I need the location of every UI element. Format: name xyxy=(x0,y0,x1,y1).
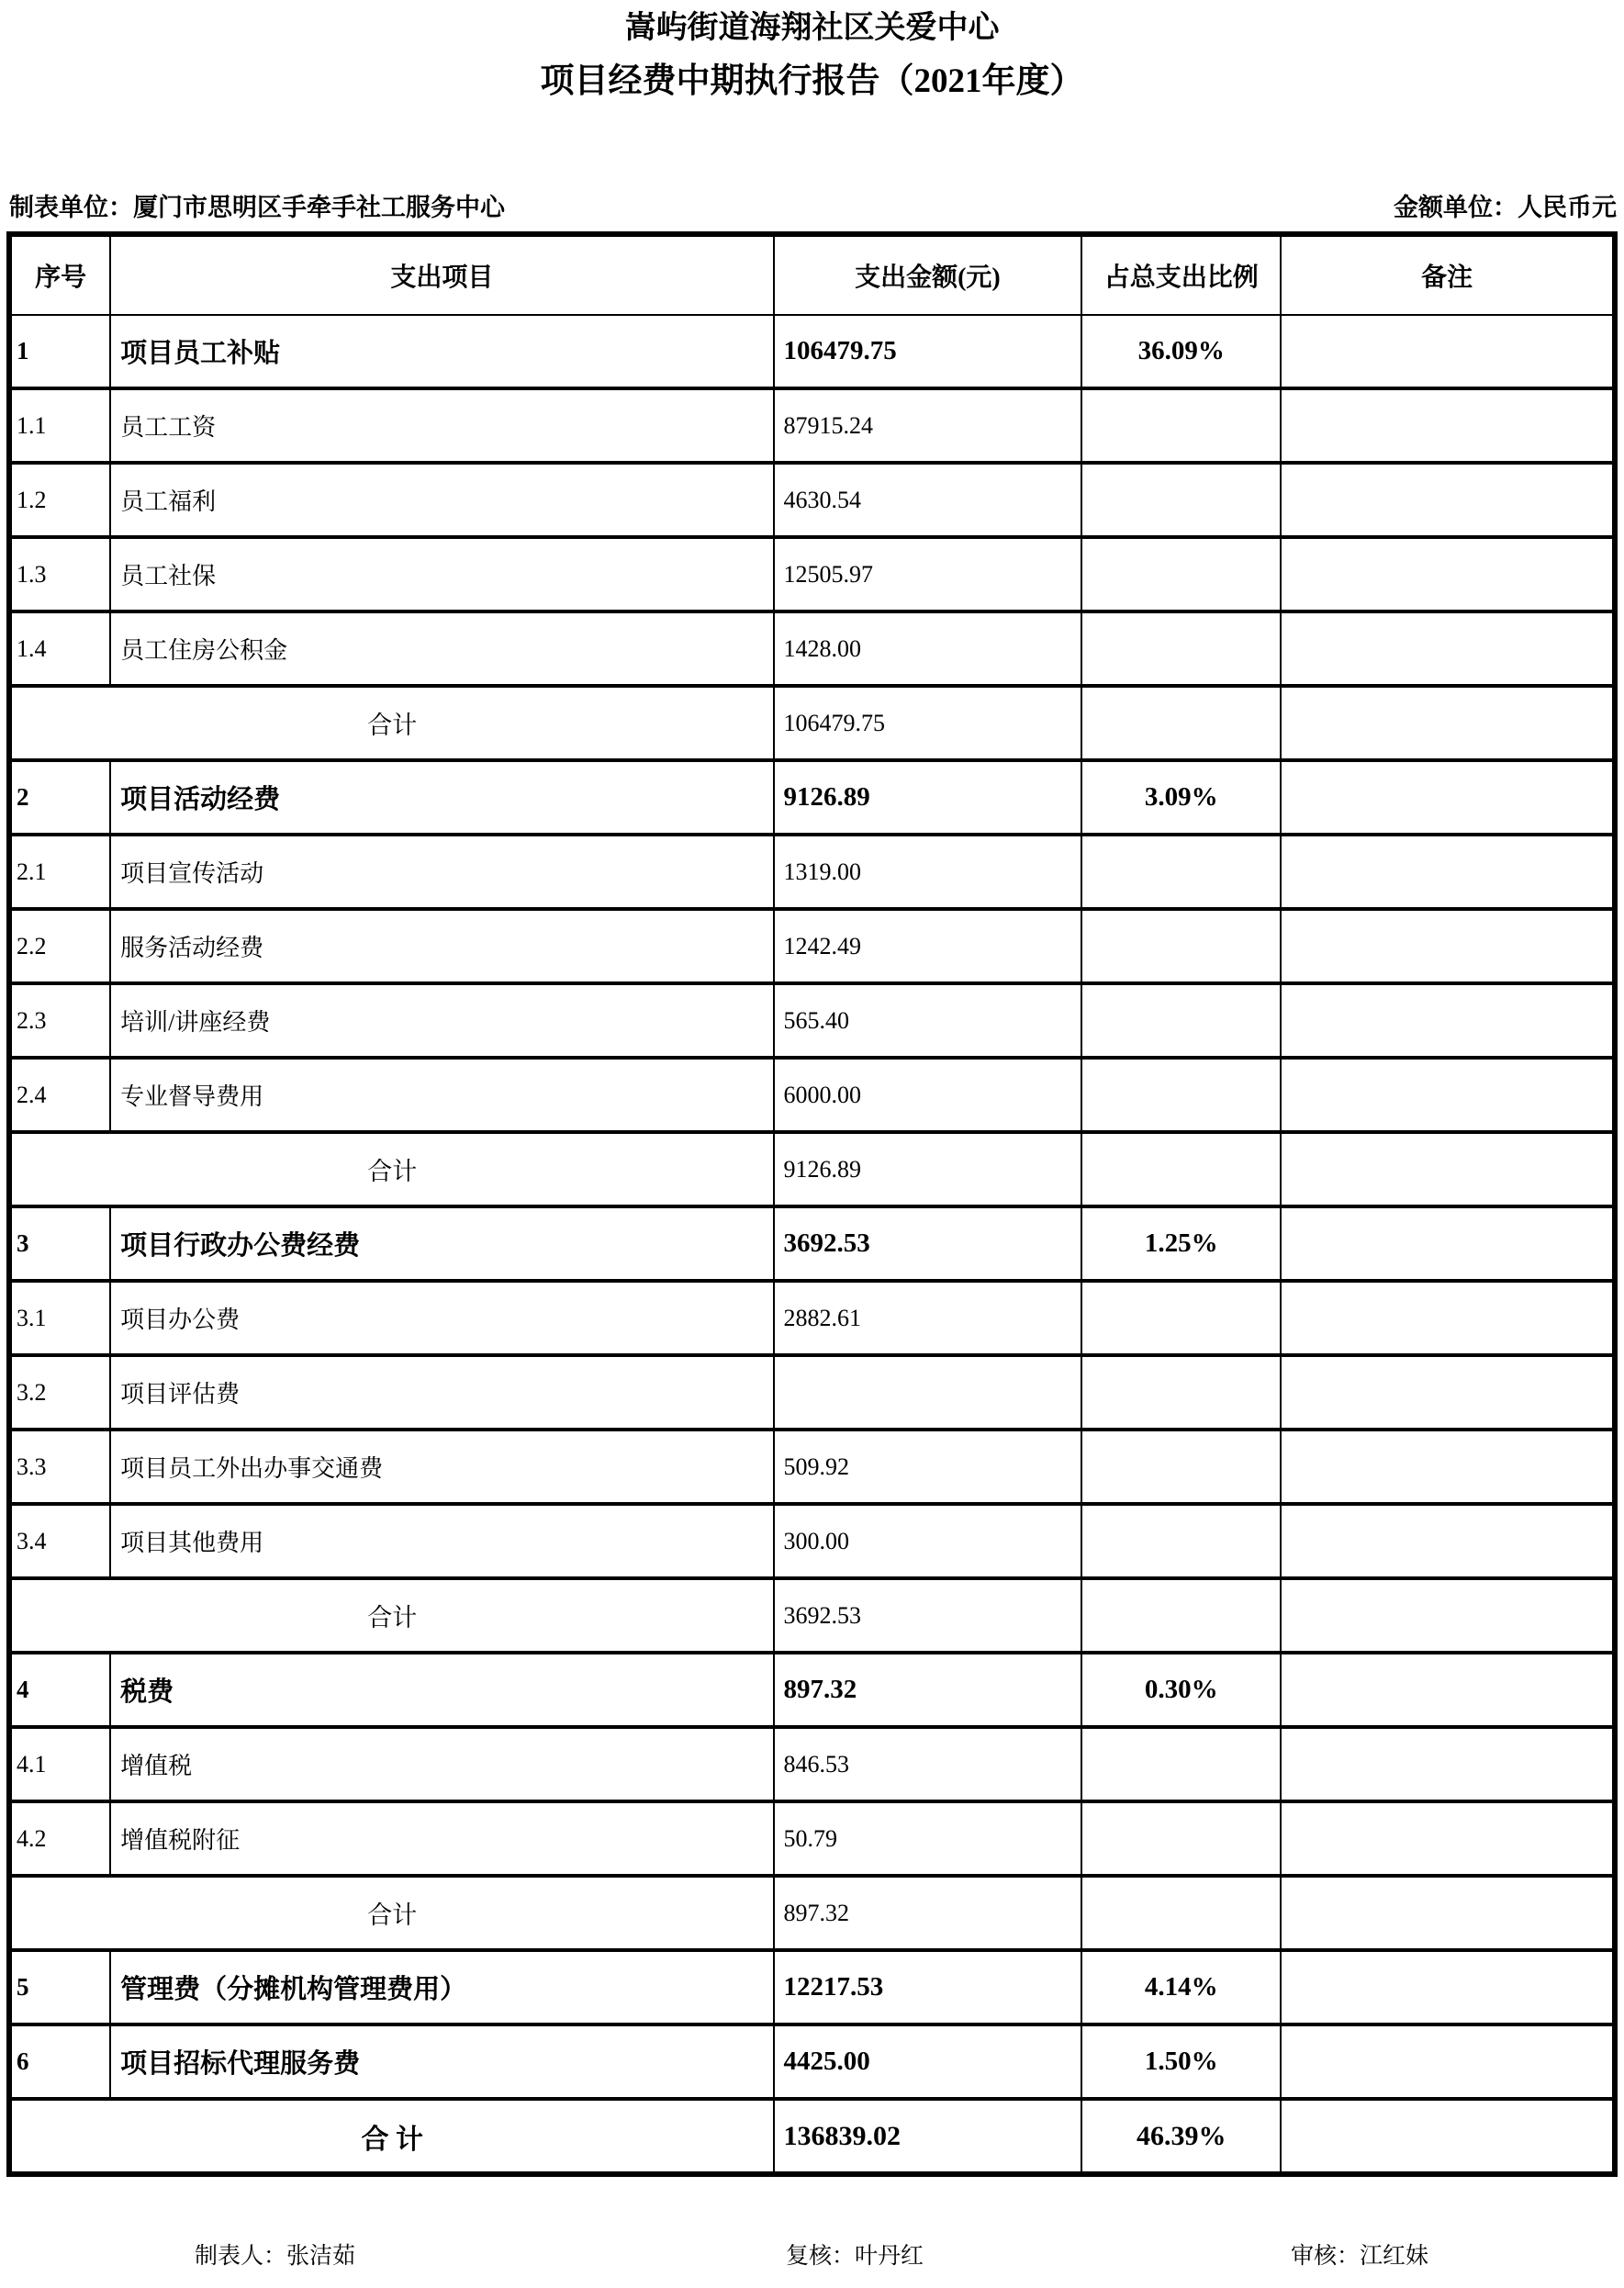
item-cell: 专业督导费用 xyxy=(110,1058,773,1132)
note-cell xyxy=(1281,1058,1615,1132)
item-cell: 员工住房公积金 xyxy=(110,611,773,686)
percent-cell: 1.50% xyxy=(1081,2024,1281,2099)
currency-unit: 金额单位：人民币元 xyxy=(1394,191,1617,224)
note-cell xyxy=(1281,1206,1615,1281)
page-subtitle: 项目经费中期执行报告（2021年度） xyxy=(0,61,1624,103)
amount-cell: 897.32 xyxy=(774,1653,1082,1727)
amount-cell: 136839.02 xyxy=(774,2099,1082,2174)
amount-cell: 106479.75 xyxy=(774,315,1082,388)
percent-cell xyxy=(1081,1132,1281,1206)
seq-cell: 1.3 xyxy=(9,537,110,611)
note-cell xyxy=(1281,1578,1615,1653)
col-header-pct: 占总支出比例 xyxy=(1081,234,1281,315)
percent-cell: 46.39% xyxy=(1081,2099,1281,2174)
table-row: 合计106479.75 xyxy=(9,686,1615,760)
percent-cell xyxy=(1081,611,1281,686)
note-cell xyxy=(1281,1430,1615,1504)
seq-cell: 3.3 xyxy=(9,1430,110,1504)
expense-table: 序号 支出项目 支出金额(元) 占总支出比例 备注 1项目员工补贴106479.… xyxy=(6,231,1618,2177)
percent-cell xyxy=(1081,835,1281,909)
note-cell xyxy=(1281,1801,1615,1876)
seq-cell: 1.1 xyxy=(9,388,110,463)
seq-cell: 2.4 xyxy=(9,1058,110,1132)
table-row: 合计9126.89 xyxy=(9,1132,1615,1206)
row-label-cell: 合计 xyxy=(9,1132,774,1206)
meta-row: 制表单位：厦门市思明区手牵手社工服务中心 金额单位：人民币元 xyxy=(9,191,1617,224)
percent-cell xyxy=(1081,1727,1281,1801)
row-label-cell: 合 计 xyxy=(9,2099,774,2174)
note-cell xyxy=(1281,909,1615,983)
amount-cell xyxy=(774,1355,1082,1430)
item-cell: 增值税附征 xyxy=(110,1801,773,1876)
seq-cell: 2 xyxy=(9,760,110,835)
amount-cell: 106479.75 xyxy=(774,686,1082,760)
amount-cell: 12505.97 xyxy=(774,537,1082,611)
amount-cell: 565.40 xyxy=(774,983,1082,1058)
item-cell: 管理费（分摊机构管理费用） xyxy=(110,1950,773,2024)
item-cell: 项目招标代理服务费 xyxy=(110,2024,773,2099)
col-header-amount: 支出金额(元) xyxy=(774,234,1082,315)
table-row: 3.2项目评估费 xyxy=(9,1355,1615,1430)
amount-cell: 9126.89 xyxy=(774,760,1082,835)
note-cell xyxy=(1281,388,1615,463)
amount-cell: 2882.61 xyxy=(774,1281,1082,1355)
seq-cell: 3.1 xyxy=(9,1281,110,1355)
seq-cell: 2.2 xyxy=(9,909,110,983)
row-label-cell: 合计 xyxy=(9,1578,774,1653)
amount-cell: 1319.00 xyxy=(774,835,1082,909)
note-cell xyxy=(1281,1727,1615,1801)
item-cell: 员工福利 xyxy=(110,463,773,537)
item-cell: 员工社保 xyxy=(110,537,773,611)
amount-cell: 6000.00 xyxy=(774,1058,1082,1132)
seq-cell: 4 xyxy=(9,1653,110,1727)
note-cell xyxy=(1281,1653,1615,1727)
table-row: 2项目活动经费9126.893.09% xyxy=(9,760,1615,835)
table-row: 4.2增值税附征50.79 xyxy=(9,1801,1615,1876)
col-header-seq: 序号 xyxy=(9,234,110,315)
item-cell: 税费 xyxy=(110,1653,773,1727)
table-row: 3项目行政办公费经费3692.531.25% xyxy=(9,1206,1615,1281)
seq-cell: 4.2 xyxy=(9,1801,110,1876)
amount-cell: 4425.00 xyxy=(774,2024,1082,2099)
seq-cell: 2.3 xyxy=(9,983,110,1058)
percent-cell xyxy=(1081,463,1281,537)
preparer-label: 制表人：张洁茹 xyxy=(195,2238,355,2271)
col-header-item: 支出项目 xyxy=(110,234,773,315)
table-row: 4税费897.320.30% xyxy=(9,1653,1615,1727)
item-cell: 员工工资 xyxy=(110,388,773,463)
percent-cell xyxy=(1081,1355,1281,1430)
item-cell: 项目员工补贴 xyxy=(110,315,773,388)
report-page: 嵩屿街道海翔社区关爱中心 项目经费中期执行报告（2021年度） 制表单位：厦门市… xyxy=(0,0,1624,2288)
prepared-by-unit: 制表单位：厦门市思明区手牵手社工服务中心 xyxy=(9,191,505,224)
percent-cell xyxy=(1081,1058,1281,1132)
col-header-note: 备注 xyxy=(1281,234,1615,315)
item-cell: 项目其他费用 xyxy=(110,1504,773,1578)
table-row: 2.3培训/讲座经费565.40 xyxy=(9,983,1615,1058)
note-cell xyxy=(1281,983,1615,1058)
percent-cell xyxy=(1081,1578,1281,1653)
item-cell: 项目宣传活动 xyxy=(110,835,773,909)
seq-cell: 1.4 xyxy=(9,611,110,686)
percent-cell: 1.25% xyxy=(1081,1206,1281,1281)
amount-cell: 1242.49 xyxy=(774,909,1082,983)
note-cell xyxy=(1281,315,1615,388)
amount-cell: 50.79 xyxy=(774,1801,1082,1876)
amount-cell: 3692.53 xyxy=(774,1578,1082,1653)
percent-cell: 0.30% xyxy=(1081,1653,1281,1727)
note-cell xyxy=(1281,2024,1615,2099)
item-cell: 项目评估费 xyxy=(110,1355,773,1430)
table-row: 2.2服务活动经费1242.49 xyxy=(9,909,1615,983)
percent-cell xyxy=(1081,537,1281,611)
percent-cell xyxy=(1081,1876,1281,1950)
seq-cell: 6 xyxy=(9,2024,110,2099)
percent-cell xyxy=(1081,983,1281,1058)
note-cell xyxy=(1281,760,1615,835)
note-cell xyxy=(1281,2099,1615,2174)
seq-cell: 5 xyxy=(9,1950,110,2024)
header-row: 序号 支出项目 支出金额(元) 占总支出比例 备注 xyxy=(9,234,1615,315)
note-cell xyxy=(1281,1504,1615,1578)
auditor-label: 审核：江红妹 xyxy=(1291,2238,1428,2271)
percent-cell xyxy=(1081,388,1281,463)
amount-cell: 300.00 xyxy=(774,1504,1082,1578)
seq-cell: 2.1 xyxy=(9,835,110,909)
amount-cell: 87915.24 xyxy=(774,388,1082,463)
signature-row: 制表人：张洁茹 复核：叶丹红 审核：江红妹 xyxy=(0,2238,1624,2274)
amount-cell: 897.32 xyxy=(774,1876,1082,1950)
row-label-cell: 合计 xyxy=(9,1876,774,1950)
table-row: 合 计136839.0246.39% xyxy=(9,2099,1615,2174)
note-cell xyxy=(1281,686,1615,760)
table-row: 5管理费（分摊机构管理费用）12217.534.14% xyxy=(9,1950,1615,2024)
note-cell xyxy=(1281,463,1615,537)
amount-cell: 846.53 xyxy=(774,1727,1082,1801)
percent-cell: 4.14% xyxy=(1081,1950,1281,2024)
percent-cell xyxy=(1081,686,1281,760)
note-cell xyxy=(1281,1355,1615,1430)
seq-cell: 3.4 xyxy=(9,1504,110,1578)
percent-cell xyxy=(1081,1430,1281,1504)
amount-cell: 4630.54 xyxy=(774,463,1082,537)
table-row: 4.1增值税846.53 xyxy=(9,1727,1615,1801)
item-cell: 培训/讲座经费 xyxy=(110,983,773,1058)
note-cell xyxy=(1281,1950,1615,2024)
percent-cell xyxy=(1081,1801,1281,1876)
percent-cell xyxy=(1081,909,1281,983)
item-cell: 服务活动经费 xyxy=(110,909,773,983)
percent-cell: 3.09% xyxy=(1081,760,1281,835)
item-cell: 项目行政办公费经费 xyxy=(110,1206,773,1281)
seq-cell: 4.1 xyxy=(9,1727,110,1801)
note-cell xyxy=(1281,1132,1615,1206)
note-cell xyxy=(1281,835,1615,909)
table-row: 3.1项目办公费2882.61 xyxy=(9,1281,1615,1355)
item-cell: 增值税 xyxy=(110,1727,773,1801)
note-cell xyxy=(1281,611,1615,686)
note-cell xyxy=(1281,537,1615,611)
amount-cell: 509.92 xyxy=(774,1430,1082,1504)
table-row: 2.1项目宣传活动1319.00 xyxy=(9,835,1615,909)
seq-cell: 1 xyxy=(9,315,110,388)
row-label-cell: 合计 xyxy=(9,686,774,760)
table-row: 6项目招标代理服务费4425.001.50% xyxy=(9,2024,1615,2099)
page-title: 嵩屿街道海翔社区关爱中心 xyxy=(0,9,1624,48)
table-row: 3.3项目员工外出办事交通费509.92 xyxy=(9,1430,1615,1504)
seq-cell: 3.2 xyxy=(9,1355,110,1430)
amount-cell: 1428.00 xyxy=(774,611,1082,686)
amount-cell: 9126.89 xyxy=(774,1132,1082,1206)
note-cell xyxy=(1281,1281,1615,1355)
seq-cell: 3 xyxy=(9,1206,110,1281)
amount-cell: 12217.53 xyxy=(774,1950,1082,2024)
table-row: 1.1员工工资87915.24 xyxy=(9,388,1615,463)
item-cell: 项目员工外出办事交通费 xyxy=(110,1430,773,1504)
item-cell: 项目办公费 xyxy=(110,1281,773,1355)
table-row: 合计3692.53 xyxy=(9,1578,1615,1653)
item-cell: 项目活动经费 xyxy=(110,760,773,835)
table-row: 合计897.32 xyxy=(9,1876,1615,1950)
seq-cell: 1.2 xyxy=(9,463,110,537)
table-row: 1.2员工福利4630.54 xyxy=(9,463,1615,537)
table-row: 3.4项目其他费用300.00 xyxy=(9,1504,1615,1578)
note-cell xyxy=(1281,1876,1615,1950)
table-row: 2.4专业督导费用6000.00 xyxy=(9,1058,1615,1132)
table-row: 1.3员工社保12505.97 xyxy=(9,537,1615,611)
percent-cell xyxy=(1081,1281,1281,1355)
amount-cell: 3692.53 xyxy=(774,1206,1082,1281)
reviewer-label: 复核：叶丹红 xyxy=(786,2238,924,2271)
table-body: 1项目员工补贴106479.7536.09%1.1员工工资87915.241.2… xyxy=(9,315,1615,2174)
percent-cell: 36.09% xyxy=(1081,315,1281,388)
table-row: 1.4员工住房公积金1428.00 xyxy=(9,611,1615,686)
table-row: 1项目员工补贴106479.7536.09% xyxy=(9,315,1615,388)
percent-cell xyxy=(1081,1504,1281,1578)
